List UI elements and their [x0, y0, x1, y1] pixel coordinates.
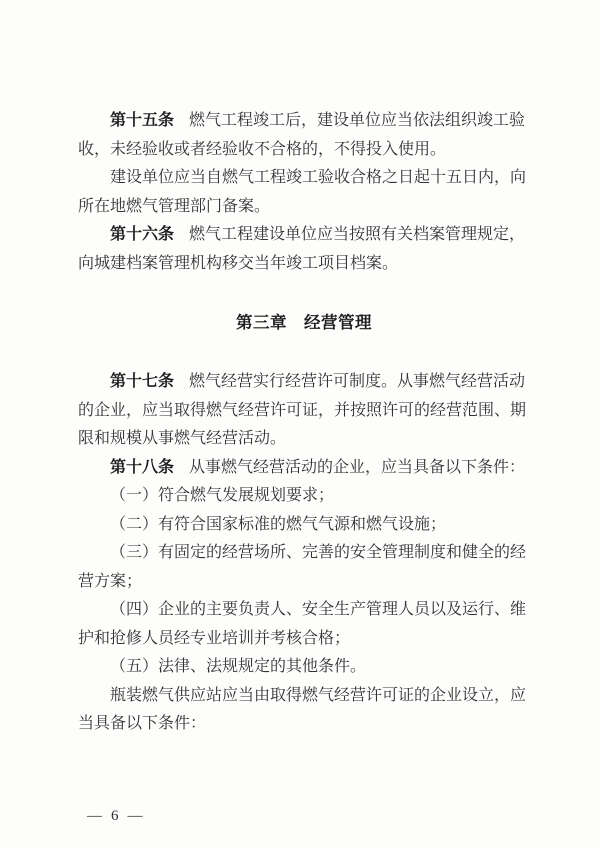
article-number: 第十五条	[110, 112, 174, 129]
text-line: 第十五条燃气工程竣工后，建设单位应当依法组织竣工验	[78, 107, 530, 136]
document-page: 第十五条燃气工程竣工后，建设单位应当依法组织竣工验 收，未经验收或者经验收不合格…	[0, 0, 600, 848]
text-line: 营方案；	[78, 568, 530, 597]
line-text: （五）法律、法规规定的其他条件。	[110, 658, 366, 675]
line-text: 建设单位应当自燃气工程竣工验收合格之日起十五日内，向	[110, 169, 526, 186]
text-line: （三）有固定的经营场所、完善的安全管理制度和健全的经	[78, 539, 530, 568]
line-text: 护和抢修人员经专业培训并考核合格；	[78, 630, 350, 647]
text-line: 护和抢修人员经专业培训并考核合格；	[78, 625, 530, 654]
text-line: 当具备以下条件：	[78, 710, 530, 739]
line-text: 当具备以下条件：	[78, 715, 206, 732]
line-text: 燃气经营实行经营许可制度。从事燃气经营活动	[189, 373, 525, 390]
line-text: 向城建档案管理机构移交当年竣工项目档案。	[78, 255, 398, 272]
text-line: 向城建档案管理机构移交当年竣工项目档案。	[78, 250, 530, 279]
line-text: 收，未经验收或者经验收不合格的，不得投入使用。	[78, 141, 446, 158]
article-number: 第十七条	[110, 373, 174, 390]
text-line: （二）有符合国家标准的燃气气源和燃气设施；	[78, 511, 530, 540]
line-text: 瓶装燃气供应站应当由取得燃气经营许可证的企业设立，应	[110, 687, 526, 704]
text-line: （一）符合燃气发展规划要求；	[78, 482, 530, 511]
line-text: 从事燃气经营活动的企业，应当具备以下条件：	[189, 459, 525, 476]
text-line: 所在地燃气管理部门备案。	[78, 193, 530, 222]
text-line: 第十六条燃气工程建设单位应当按照有关档案管理规定，	[78, 221, 530, 250]
line-text: （二）有符合国家标准的燃气气源和燃气设施；	[110, 516, 446, 533]
line-text: 的企业，应当取得燃气经营许可证，并按照许可的经营范围、期	[78, 402, 526, 419]
footer-dash-right: —	[128, 806, 143, 826]
footer-dash-left: —	[87, 806, 102, 826]
text-line: 瓶装燃气供应站应当由取得燃气经营许可证的企业设立，应	[78, 682, 530, 711]
chapter-heading: 第三章 经营管理	[78, 309, 530, 338]
line-text: （四）企业的主要负责人、安全生产管理人员以及运行、维	[110, 601, 526, 618]
line-text: （三）有固定的经营场所、完善的安全管理制度和健全的经	[110, 544, 526, 561]
line-text: （一）符合燃气发展规划要求；	[110, 487, 334, 504]
text-line: 收，未经验收或者经验收不合格的，不得投入使用。	[78, 136, 530, 165]
page-number-footer: — 6 —	[87, 806, 143, 826]
text-line: （四）企业的主要负责人、安全生产管理人员以及运行、维	[78, 596, 530, 625]
text-line: 的企业，应当取得燃气经营许可证，并按照许可的经营范围、期	[78, 397, 530, 426]
article-number: 第十六条	[110, 226, 174, 243]
text-line: 建设单位应当自燃气工程竣工验收合格之日起十五日内，向	[78, 164, 530, 193]
line-text: 所在地燃气管理部门备案。	[78, 198, 270, 215]
line-text: 燃气工程建设单位应当按照有关档案管理规定，	[189, 226, 525, 243]
article-number: 第十八条	[110, 459, 174, 476]
text-line: 第十七条燃气经营实行经营许可制度。从事燃气经营活动	[78, 368, 530, 397]
document-body: 第十五条燃气工程竣工后，建设单位应当依法组织竣工验 收，未经验收或者经验收不合格…	[78, 107, 530, 739]
page-number: 6	[111, 806, 119, 826]
text-line: 第十八条从事燃气经营活动的企业，应当具备以下条件：	[78, 454, 530, 483]
line-text: 限和规模从事燃气经营活动。	[78, 430, 286, 447]
text-line: 限和规模从事燃气经营活动。	[78, 425, 530, 454]
text-line: （五）法律、法规规定的其他条件。	[78, 653, 530, 682]
line-text: 燃气工程竣工后，建设单位应当依法组织竣工验	[189, 112, 525, 129]
line-text: 营方案；	[78, 573, 142, 590]
